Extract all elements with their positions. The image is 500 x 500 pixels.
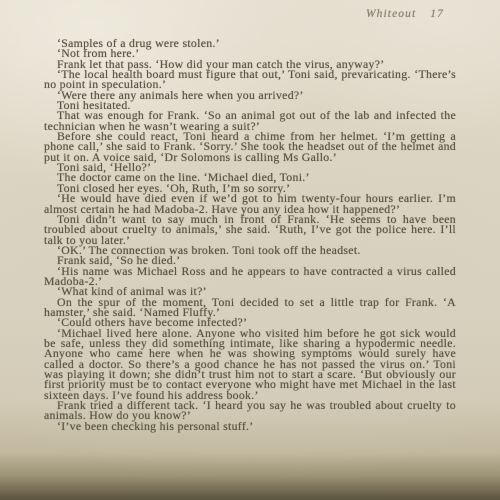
paragraph: Toni didn’t want to say much in front of…	[44, 214, 456, 245]
paragraph: ‘The local health board must figure that…	[44, 69, 456, 90]
paragraph: That was enough for Frank. ‘So an animal…	[44, 110, 456, 131]
paragraph: ‘I’ve been checking his personal stuff.’	[44, 421, 456, 431]
body-text: ‘Samples of a drug were stolen.’‘Not fro…	[44, 38, 456, 431]
page-number: 17	[430, 8, 444, 20]
page-bottom-shadow	[0, 454, 500, 500]
paragraph: ‘His name was Michael Ross and he appear…	[44, 266, 456, 287]
scanned-book-page: Whiteout 17 ‘Samples of a drug were stol…	[0, 0, 500, 500]
paragraph: ‘He would have died even if we’d got to …	[44, 193, 456, 214]
running-head-book-title: Whiteout	[366, 8, 416, 20]
paragraph: Before she could react, Toni heard a chi…	[44, 131, 456, 162]
paragraph: On the spur of the moment, Toni decided …	[44, 297, 456, 318]
paragraph: ‘Michael lived here alone. Anyone who vi…	[44, 328, 456, 400]
paragraph: Frank tried a different tack. ‘I heard y…	[44, 400, 456, 421]
running-head: Whiteout 17	[366, 8, 444, 20]
